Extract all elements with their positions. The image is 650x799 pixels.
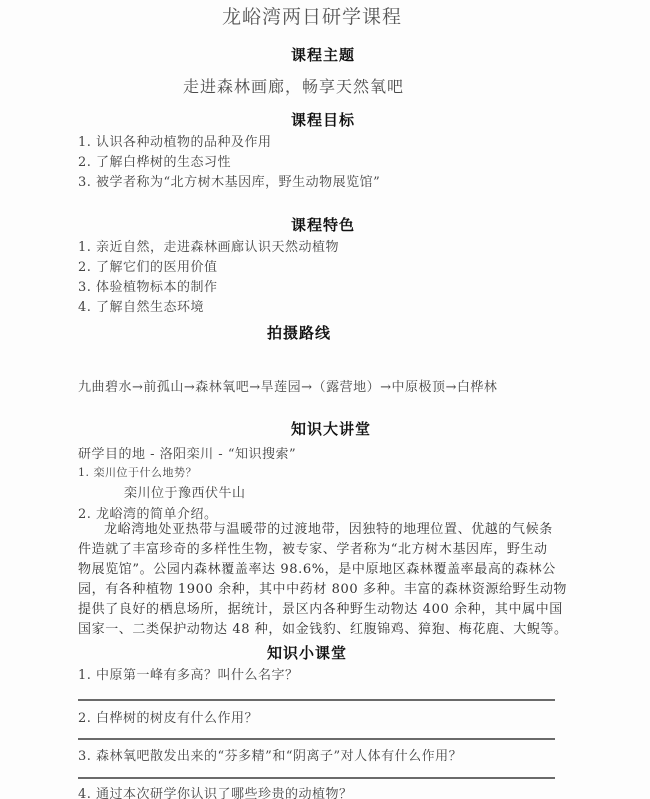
intro-paragraph-line: 物展览馆”。公园内森林覆盖率达 98.6%，是中原地区森林覆盖率最高的森林公 [78,560,556,580]
intro-paragraph-line: 件造就了丰富珍奇的多样性生物，被专家、学者称为“北方树木基因库，野生动 [78,540,548,560]
goals-heading: 课程目标 [291,109,355,130]
answer-line-3[interactable] [78,777,555,779]
theme-heading: 课程主题 [291,44,355,65]
intro-paragraph-line: 龙峪湾地处亚热带与温暖带的过渡地带，因独特的地理位置、优越的气候条 [104,520,553,540]
lecture-heading: 知识大讲堂 [291,418,371,439]
quiz-question-3: 3. 森林氧吧散发出来的“芬多精”和“阴离子”对人体有什么作用？ [78,745,462,764]
theme-text: 走进森林画廊，畅享天然氧吧 [183,74,404,97]
lecture-answer-1: 栾川位于豫西伏牛山 [124,482,246,501]
goal-item: 1. 认识各种动植物的品种及作用 [78,131,272,150]
route-heading: 拍摄路线 [267,322,331,343]
quiz-question-4: 4. 通过本次研学你认识了哪些珍贵的动植物？ [78,783,353,799]
quiz-question-1: 1. 中原第一峰有多高？叫什么名字？ [78,664,299,683]
feature-item: 3. 体验植物标本的制作 [78,276,218,295]
feature-item: 4. 了解自然生态环境 [78,296,204,315]
destination-line: 研学目的地 - 洛阳栾川 - “知识搜索” [78,443,296,462]
answer-line-1[interactable] [78,699,555,701]
intro-paragraph-line: 国家一、二类保护动物达 48 种，如金钱豹、红腹锦鸡、獐狍、梅花鹿、大鲵等。 [78,620,568,640]
goal-item: 3. 被学者称为“北方树木基因库，野生动物展览馆” [78,171,380,190]
quiz-question-2: 2. 白桦树的树皮有什么作用？ [78,707,258,726]
quiz-heading: 知识小课堂 [267,642,347,663]
route-text: 九曲碧水→前孤山→森林氧吧→旱莲园→（露营地）→中原极顶→白桦林 [78,376,497,395]
worksheet-page: 龙峪湾两日研学课程 课程主题 走进森林画廊，畅享天然氧吧 课程目标 1. 认识各… [0,0,650,799]
intro-paragraph-line: 园，有各种植物 1900 余种，其中中药材 800 多种。丰富的森林资源给野生动… [78,580,567,600]
lecture-question-1: 1. 栾川位于什么地势？ [78,464,197,480]
goal-item: 2. 了解白桦树的生态习性 [78,151,231,170]
document-title: 龙峪湾两日研学课程 [222,2,402,29]
features-heading: 课程特色 [291,214,355,235]
feature-item: 1. 亲近自然，走进森林画廊认识天然动植物 [78,236,339,255]
answer-line-2[interactable] [78,738,555,740]
feature-item: 2. 了解它们的医用价值 [78,256,218,275]
intro-paragraph-line: 提供了良好的栖息场所，据统计，景区内各种野生动物达 400 余种，其中属中国 [78,600,563,620]
